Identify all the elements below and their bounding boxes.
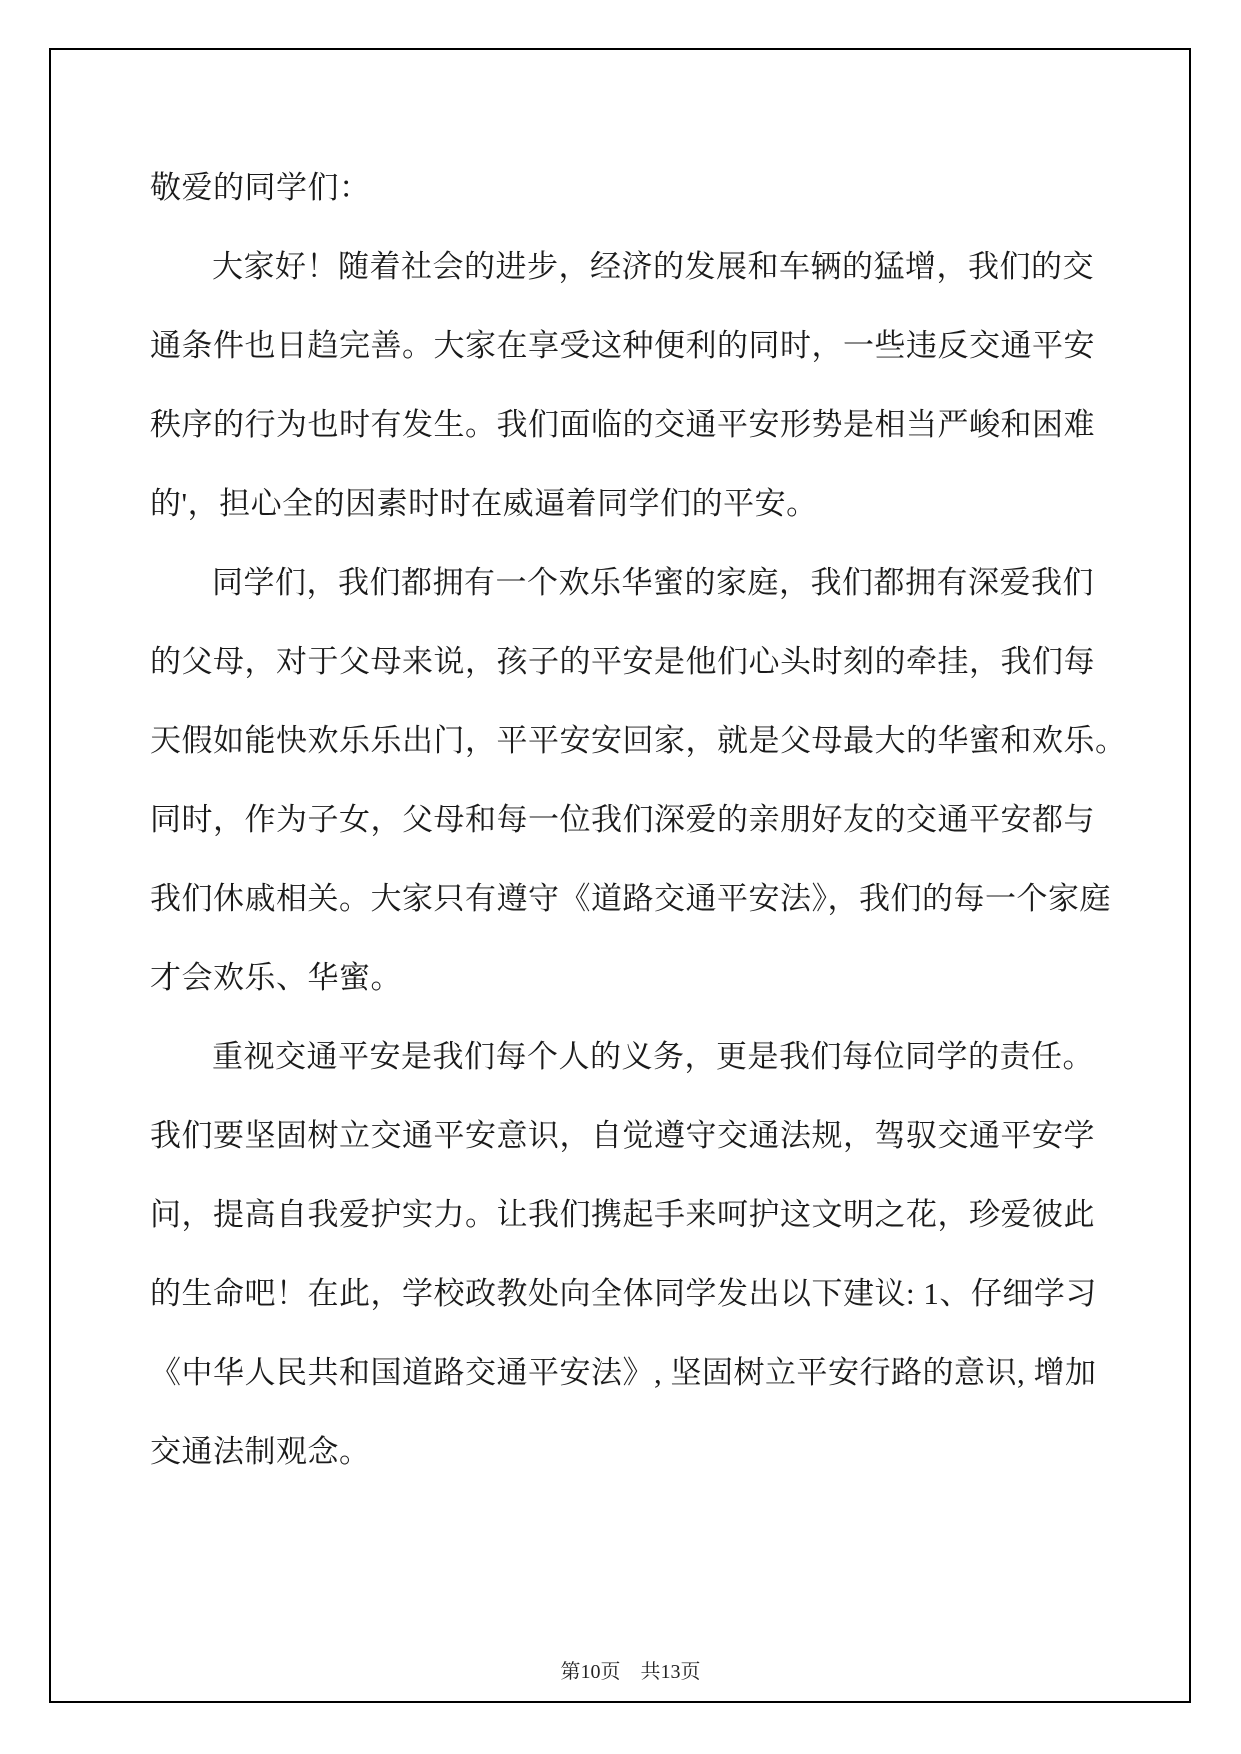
page-number-label: 第10页 共13页 <box>561 1661 701 1683</box>
text-line: 的父母，对于父母来说，孩子的平安是他们心头时刻的牵挂，我们每 <box>150 622 1091 701</box>
text-line: 敬爱的同学们： <box>150 148 1091 227</box>
text-line: 同时，作为子女，父母和每一位我们深爱的亲朋好友的交通平安都与 <box>150 780 1091 859</box>
text-line: 我们休戚相关。大家只有遵守《道路交通平安法》，我们的每一个家庭 <box>150 859 1091 938</box>
text-line: 的生命吧！在此，学校政教处向全体同学发出以下建议: 1、仔细学习 <box>150 1254 1091 1333</box>
text-line: 问，提高自我爱护实力。让我们携起手来呵护这文明之花，珍爱彼此 <box>150 1175 1091 1254</box>
text-line: 秩序的行为也时有发生。我们面临的交通平安形势是相当严峻和困难 <box>150 385 1091 464</box>
text-line: 才会欢乐、华蜜。 <box>150 938 1091 1017</box>
document-page: 敬爱的同学们：大家好！随着社会的进步，经济的发展和车辆的猛增，我们的交通条件也日… <box>0 0 1241 1754</box>
text-line: 同学们，我们都拥有一个欢乐华蜜的家庭，我们都拥有深爱我们 <box>150 543 1091 622</box>
text-line: 交通法制观念。 <box>150 1412 1091 1491</box>
text-line: 大家好！随着社会的进步，经济的发展和车辆的猛增，我们的交 <box>150 227 1091 306</box>
document-body: 敬爱的同学们：大家好！随着社会的进步，经济的发展和车辆的猛增，我们的交通条件也日… <box>150 148 1091 1491</box>
text-line: 的'，担心全的因素时时在威逼着同学们的平安。 <box>150 464 1091 543</box>
text-line: 《中华人民共和国道路交通平安法》, 坚固树立平安行路的意识, 增加 <box>150 1333 1091 1412</box>
page-footer: 第10页 共13页 <box>0 1618 1241 1726</box>
text-line: 重视交通平安是我们每个人的义务，更是我们每位同学的责任。 <box>150 1017 1091 1096</box>
text-line: 天假如能快欢乐乐出门，平平安安回家，就是父母最大的华蜜和欢乐。 <box>150 701 1091 780</box>
text-line: 我们要坚固树立交通平安意识，自觉遵守交通法规，驾驭交通平安学 <box>150 1096 1091 1175</box>
text-line: 通条件也日趋完善。大家在享受这种便利的同时，一些违反交通平安 <box>150 306 1091 385</box>
